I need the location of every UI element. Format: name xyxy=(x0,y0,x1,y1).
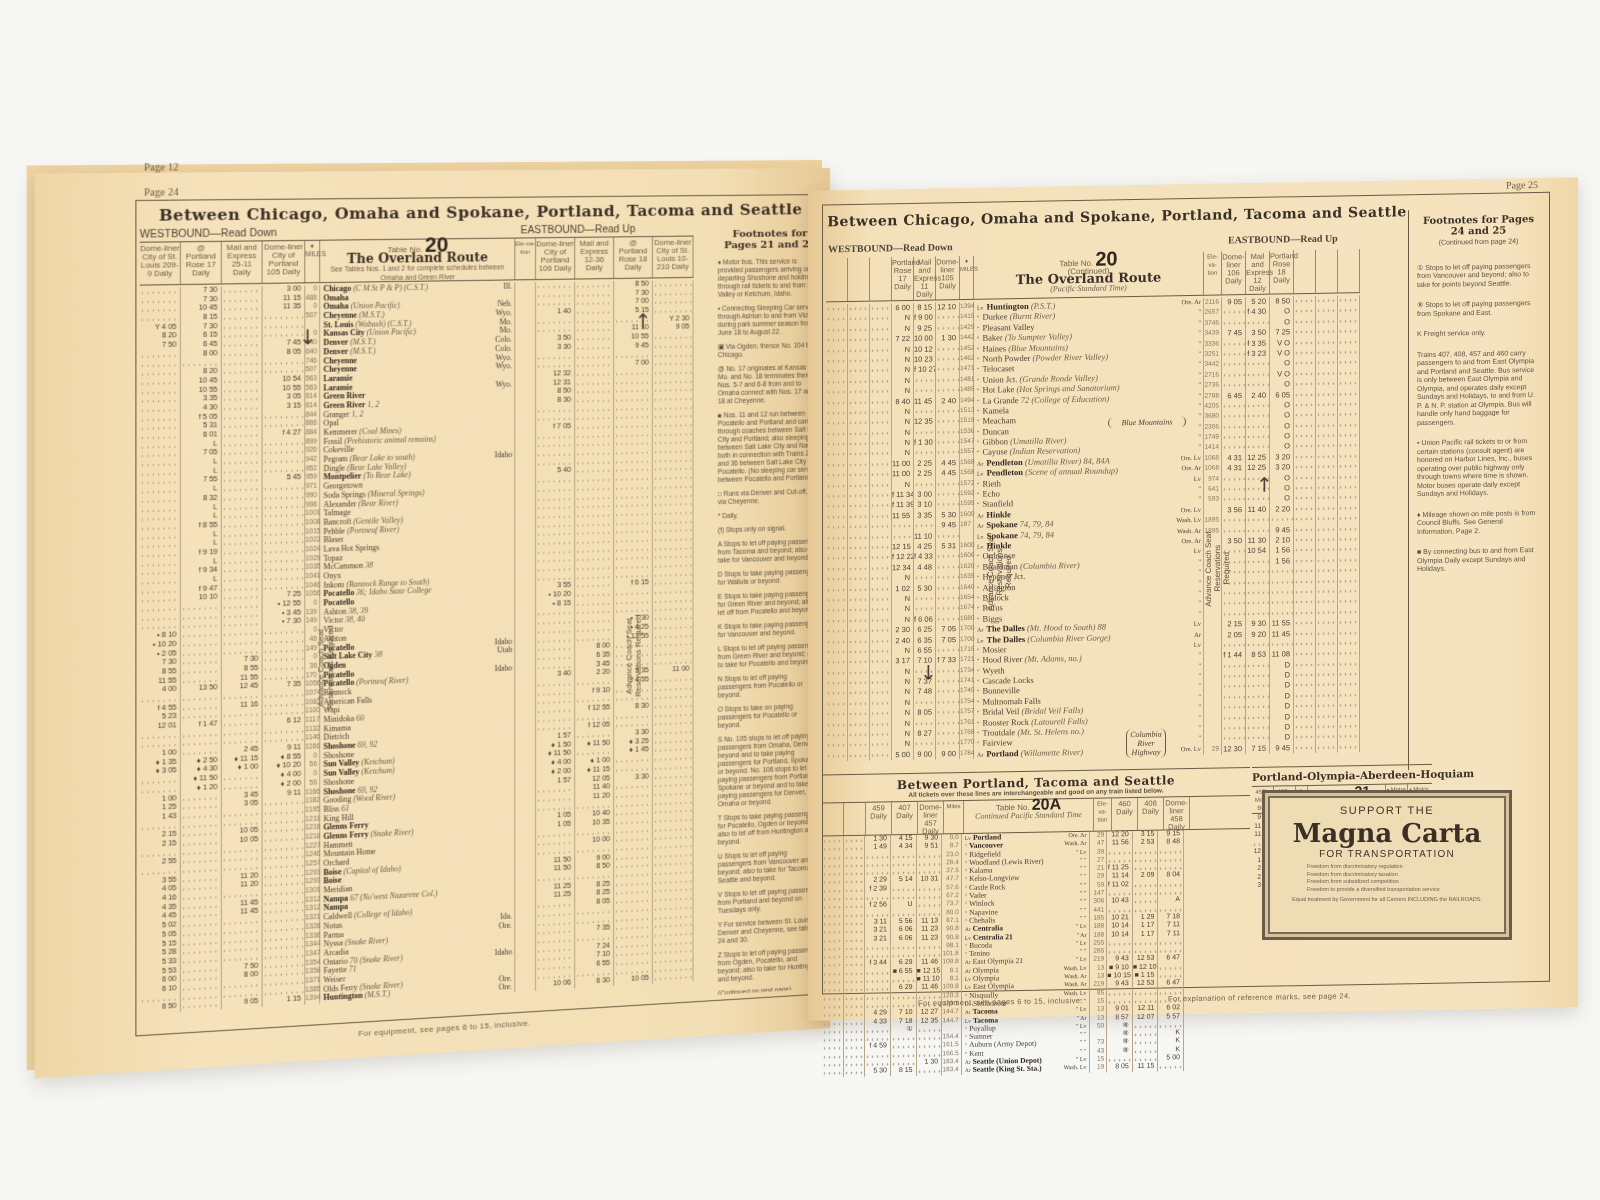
footnote: A Stops to let off paying passengers fro… xyxy=(718,538,822,565)
arr-dep: " xyxy=(1084,858,1086,864)
col-header: Dome-liner City of Portland 105 Daily xyxy=(263,241,306,283)
empty-cell xyxy=(1294,400,1316,411)
elevation-header: Ele-va-tion xyxy=(1094,798,1112,830)
arr-dep: " xyxy=(1198,309,1201,316)
station-note: (Union Pacific) xyxy=(351,301,400,311)
mileage-cell: 1513 xyxy=(960,406,974,417)
arr-dep: " xyxy=(977,327,979,333)
arr-dep: " xyxy=(977,503,979,509)
station-name: Kent xyxy=(969,1048,984,1057)
station-name: Hammett xyxy=(323,839,353,850)
arr-dep: Lv xyxy=(1080,924,1087,930)
arr-dep: Lv xyxy=(977,534,984,540)
arr-dep: Ar xyxy=(1080,841,1086,847)
empty-cell xyxy=(848,387,870,398)
station-name: Bucoda xyxy=(969,940,992,949)
empty-cell xyxy=(1338,690,1360,701)
empty-cell xyxy=(826,387,848,398)
page-label-25: Page 25 xyxy=(1506,180,1538,192)
left-footnotes: Footnotes for Pages 21 and 25 ♦ Motor bu… xyxy=(718,228,822,995)
empty-cell xyxy=(826,491,848,502)
mileage-cell: 0 xyxy=(305,303,320,312)
time-cell xyxy=(936,499,960,510)
station-name: Shoshone xyxy=(323,776,354,787)
station-note: 1, 2 xyxy=(367,400,379,410)
elevation-cell: 3680 xyxy=(1204,412,1222,423)
mileage-cell: 899 xyxy=(305,438,320,447)
empty-cell xyxy=(1316,295,1338,306)
time-cell: N xyxy=(892,718,914,729)
time-cell xyxy=(914,739,936,750)
empty-cell xyxy=(1338,461,1360,472)
time-cell: 7 45 xyxy=(1222,328,1246,339)
arr-dep: " xyxy=(977,721,979,727)
station-name: Centralia xyxy=(973,924,1003,934)
time-cell xyxy=(1246,411,1270,422)
arr-dep: " xyxy=(977,555,979,561)
arr-dep: Ar xyxy=(1080,1015,1086,1021)
empty-cell xyxy=(1316,534,1338,545)
arr-dep: " xyxy=(977,669,979,675)
mileage-cell: 1519 xyxy=(960,416,974,427)
time-cell xyxy=(1246,702,1270,713)
station-name: Olympia xyxy=(973,965,999,974)
empty-cell xyxy=(1294,358,1316,369)
arr-dep: " xyxy=(977,493,979,499)
elevation-cell: 147 xyxy=(1090,890,1108,899)
state-label: Wyo. xyxy=(496,362,515,371)
time-cell xyxy=(936,687,960,698)
mileage-cell: 1452 xyxy=(960,343,974,354)
station-name: Union Jct. xyxy=(982,374,1017,385)
station-name: Tenino xyxy=(969,949,990,958)
state-arr-dep: " " xyxy=(1080,898,1088,906)
mileage-cell: 1015 xyxy=(305,528,320,537)
time-cell xyxy=(1222,474,1246,485)
empty-cell xyxy=(870,345,892,356)
elevation-cell: 39 xyxy=(1090,848,1108,857)
empty-cell xyxy=(1338,472,1360,483)
empty-cell xyxy=(1316,638,1338,649)
state-label: Colo. xyxy=(495,345,514,354)
empty-cell xyxy=(870,677,892,688)
station-name: Pendleton xyxy=(987,467,1023,478)
station-name: Durkee xyxy=(982,312,1007,322)
state-arr-dep: " xyxy=(1198,443,1203,453)
empty-cell xyxy=(848,657,870,668)
empty-cell xyxy=(848,501,870,512)
station-name: Hood River xyxy=(982,654,1022,665)
empty-cell xyxy=(1316,399,1338,410)
empty-cell xyxy=(826,616,848,627)
time-cell: D xyxy=(1270,691,1294,702)
down-arrow-icon: ↓ xyxy=(299,325,317,350)
state-label: Ore. xyxy=(1068,833,1080,839)
state-label: Wyo. xyxy=(496,309,515,318)
arr-dep: Ar xyxy=(965,927,971,933)
empty-cell xyxy=(848,356,870,367)
time-cell xyxy=(1222,661,1246,672)
table-time: (Pacific Standard Time) xyxy=(1050,283,1127,293)
time-cell: D xyxy=(1270,733,1294,744)
station-name: Troutdale xyxy=(982,727,1015,738)
empty-cell xyxy=(844,1068,866,1077)
empty-cell xyxy=(826,314,848,325)
empty-cell xyxy=(1338,586,1360,597)
time-cell: 2 15 xyxy=(1222,619,1246,630)
empty-cell xyxy=(1338,731,1360,742)
time-cell: O xyxy=(1270,421,1294,432)
empty-cell xyxy=(870,646,892,657)
station-name: Cheyenne xyxy=(323,355,357,365)
empty-col xyxy=(1316,249,1338,292)
arr-dep: " xyxy=(965,844,967,850)
time-cell xyxy=(1222,359,1246,370)
arr-dep: Lv xyxy=(1194,517,1201,524)
elevation-cell xyxy=(515,388,536,397)
empty-cell xyxy=(870,418,892,429)
station-note: (M.S.T.) xyxy=(350,346,376,356)
empty-cell xyxy=(1316,545,1338,556)
state-arr-dep: Ore. Lv xyxy=(1181,454,1203,464)
time-cell: 4 45 xyxy=(936,468,960,479)
footnote: (f) Stops only on signal. xyxy=(718,524,822,535)
time-cell: N xyxy=(892,739,914,750)
time-cell: O xyxy=(1270,411,1294,422)
arr-dep: " xyxy=(1084,949,1086,955)
time-cell: 12 15 xyxy=(892,542,914,553)
mileage-cell: 1557 xyxy=(960,447,974,458)
time-cell: 6 05 xyxy=(1270,390,1294,401)
time-cell xyxy=(1270,577,1294,588)
time-cell xyxy=(1246,525,1270,536)
mileage-cell: 507 xyxy=(305,312,320,321)
state-arr-dep: " xyxy=(1198,599,1203,609)
state-arr-dep: " Lv xyxy=(1076,848,1089,857)
empty-cell xyxy=(1316,503,1338,514)
empty-cell xyxy=(870,605,892,616)
empty-cell xyxy=(1316,462,1338,473)
empty-cell xyxy=(848,532,870,543)
time-cell: D xyxy=(1270,660,1294,671)
arr-dep: " xyxy=(977,347,979,353)
blue-mountains-note: Blue Mountains xyxy=(1108,416,1186,428)
left-west-header: Dome-liner City of St. Louis 209-9 Daily… xyxy=(140,236,694,286)
time-cell: f 11 34 xyxy=(892,490,914,501)
elevation-cell xyxy=(1204,724,1222,735)
mileage-cell: 1784 xyxy=(960,749,974,760)
col-header: Mail and Express 12 Daily xyxy=(1246,251,1270,294)
state-arr-dep: " xyxy=(1198,651,1203,661)
state-label: Wash. xyxy=(1064,982,1080,988)
elevation-cell xyxy=(515,318,536,327)
time-cell xyxy=(1222,349,1246,360)
empty-cell xyxy=(1316,379,1338,390)
empty-cell xyxy=(1338,503,1360,514)
mileage-cell xyxy=(960,530,974,541)
mileage-cell: 1494 xyxy=(960,395,974,406)
arr-dep: " xyxy=(965,877,967,883)
time-cell: N xyxy=(892,667,914,678)
state-arr-dep: " xyxy=(1198,661,1203,671)
station-note: (Union Pacific) xyxy=(367,327,416,337)
time-cell xyxy=(936,614,960,625)
mileage-cell: 1568 xyxy=(960,468,974,479)
arr-dep: " xyxy=(1198,340,1201,347)
station-name: Alexander xyxy=(323,499,356,509)
time-cell: f 11 39 xyxy=(892,500,914,511)
empty-cell xyxy=(870,688,892,699)
empty-cell xyxy=(1294,691,1316,702)
arr-dep: " xyxy=(1084,891,1086,897)
empty-cell xyxy=(1294,504,1316,515)
elevation-cell xyxy=(1204,734,1222,745)
empty-cell xyxy=(848,553,870,564)
mileage-cell: 1595 xyxy=(960,499,974,510)
empty-cell xyxy=(1294,680,1316,691)
left-footer: For equipment, see pages 6 to 15, inclus… xyxy=(358,1018,530,1038)
time-cell: N xyxy=(892,344,914,355)
miles-header: ♦ MILES xyxy=(305,241,320,283)
empty-cell xyxy=(826,709,848,720)
station-note: 74, 79, 84 xyxy=(1020,529,1054,540)
state-arr-dep: Lv xyxy=(1194,641,1203,651)
time-cell xyxy=(892,521,914,532)
time-cell: 5 30 xyxy=(865,1068,891,1077)
footnote: Y For service between St. Louis, Denver … xyxy=(718,916,822,946)
arr-dep: " xyxy=(965,853,967,859)
empty-cell xyxy=(1294,327,1316,338)
empty-cell xyxy=(1294,296,1316,307)
state-arr-dep: " xyxy=(1198,610,1203,620)
time-cell: f 3 23 xyxy=(1246,349,1270,360)
state-arr-dep: " xyxy=(1198,568,1203,578)
state-label: Wash. xyxy=(1064,974,1080,980)
time-cell: 2 40 xyxy=(892,635,914,646)
state-arr-dep: " xyxy=(1198,578,1203,588)
empty-col xyxy=(822,803,844,835)
empty-cell xyxy=(848,314,870,325)
time-cell xyxy=(936,479,960,490)
arr-dep: " xyxy=(1084,1049,1086,1055)
empty-cell xyxy=(870,615,892,626)
state-arr-dep: " " xyxy=(1080,857,1088,865)
empty-cell xyxy=(826,512,848,523)
empty-cell xyxy=(870,501,892,512)
state-arr-dep: Ore. Ar xyxy=(1182,464,1204,474)
time-cell: 3 17 xyxy=(892,656,914,667)
col-header: Dome-liner City of Portland 106 Daily xyxy=(536,238,575,279)
empty-cell xyxy=(826,626,848,637)
empty-cell xyxy=(1338,555,1360,566)
empty-cell xyxy=(826,439,848,450)
arr-dep: " xyxy=(965,919,967,925)
mileage-cell: 563 xyxy=(305,375,320,384)
empty-cell xyxy=(1338,409,1360,420)
advance-reservation-note-west: Advance Coach Seat Reservations Required xyxy=(986,532,1013,612)
elevation-cell: 59 xyxy=(1090,881,1108,890)
empty-cell xyxy=(870,449,892,460)
mileage-cell: 1620 xyxy=(960,562,974,573)
empty-cell xyxy=(870,719,892,730)
station-name: Dietrich xyxy=(323,732,349,742)
empty-cell xyxy=(1294,524,1316,535)
empty-cell xyxy=(1316,514,1338,525)
empty-col xyxy=(1338,249,1360,292)
time-cell: N xyxy=(892,386,914,397)
station-note: (Columbia River) xyxy=(1020,560,1080,571)
station-name: Echo xyxy=(982,488,999,498)
state-label: Ore. xyxy=(1182,538,1195,545)
elevation-cell: 974 xyxy=(1204,474,1222,485)
footnote: U Stops to let off paying passengers fro… xyxy=(718,848,822,886)
time-cell: D xyxy=(1270,701,1294,712)
footnote: □ Runs via Denver and Cut-off, not via C… xyxy=(718,488,822,507)
station-name: Nampa xyxy=(323,902,348,913)
station-name: McCammon xyxy=(323,561,363,572)
footnote: Trains 407, 408, 457 and 460 carry passe… xyxy=(1417,349,1540,428)
elevation-cell xyxy=(1204,692,1222,703)
state-arr-dep: " xyxy=(1198,724,1203,734)
mileage-cell: 1415 xyxy=(960,312,974,323)
time-cell: O xyxy=(1270,400,1294,411)
time-cell xyxy=(914,479,936,490)
arr-dep: " xyxy=(1198,590,1201,597)
arr-dep: Lv xyxy=(1194,507,1201,514)
empty-cell xyxy=(826,533,848,544)
ad-line-1: SUPPORT THE xyxy=(1265,805,1509,817)
elevation-cell xyxy=(515,282,536,291)
station-name: St. Louis xyxy=(323,320,353,330)
time-cell: f 6 06 xyxy=(914,614,936,625)
empty-cell xyxy=(826,543,848,554)
empty-cell xyxy=(848,595,870,606)
empty-cell xyxy=(870,594,892,605)
empty-cell xyxy=(848,740,870,751)
state-arr-dep: " xyxy=(1198,391,1203,401)
empty-cell xyxy=(1338,659,1360,670)
station-name: Notus xyxy=(323,920,342,930)
ad-bullet: Freedom from discriminatory taxation xyxy=(1307,872,1509,880)
time-cell xyxy=(936,676,960,687)
state-arr-dep: " Lv xyxy=(1076,923,1089,932)
arr-dep: Lv xyxy=(1080,1024,1087,1030)
time-cell: 11 00 xyxy=(892,459,914,470)
station-name: Cheyenne xyxy=(323,311,357,321)
arr-dep: " xyxy=(977,586,979,592)
arr-dep: " xyxy=(977,430,979,436)
empty-cell xyxy=(826,678,848,689)
station-name: East Olympia xyxy=(973,981,1014,991)
empty-cell xyxy=(1316,389,1338,400)
state-arr-dep: Wash. Ar xyxy=(1177,526,1203,536)
arr-dep: Ar xyxy=(977,462,983,468)
station-name: Multnomah Falls xyxy=(982,696,1040,707)
state-arr-dep: " " xyxy=(1080,882,1088,890)
time-cell xyxy=(1222,713,1246,724)
station-name: Green River xyxy=(323,391,365,401)
empty-cell xyxy=(1316,368,1338,379)
elevation-cell: 73 xyxy=(1090,1039,1108,1048)
col-header: Portland Rose 18 Daily xyxy=(1270,250,1294,293)
elevation-cell: 2306 xyxy=(1204,422,1222,433)
arr-dep: " xyxy=(1198,559,1201,566)
empty-cell xyxy=(1294,369,1316,380)
arr-dep: Lv xyxy=(1080,1007,1087,1013)
elevation-cell xyxy=(515,371,536,380)
empty-cell xyxy=(1338,576,1360,587)
arr-dep: " xyxy=(977,337,979,343)
time-cell xyxy=(1246,515,1270,526)
time-cell xyxy=(1158,1062,1184,1071)
empty-cell xyxy=(822,1068,844,1077)
time-cell xyxy=(1222,723,1246,734)
state-label: Ore. xyxy=(1181,746,1194,753)
state-arr-dep: Wash. Lv xyxy=(1176,516,1203,526)
arr-dep: " xyxy=(977,701,979,707)
station-name: Winlock xyxy=(969,899,995,908)
elevation-cell: 47 xyxy=(1090,840,1108,849)
state-arr-dep: Ore. Ar xyxy=(1182,298,1204,308)
arr-dep: " xyxy=(965,1035,967,1041)
elevation-cell: 2736 xyxy=(1204,381,1222,392)
mileage-cell: 1715 xyxy=(960,645,974,656)
time-cell xyxy=(1246,432,1270,443)
col-header: Dome-liner City of St. Louis 209-9 Daily xyxy=(140,242,181,284)
time-cell: 6 00 xyxy=(892,303,914,314)
empty-cell xyxy=(1316,524,1338,535)
elevation-cell: 3746 xyxy=(1204,318,1222,329)
arr-dep: " xyxy=(1084,866,1086,872)
arr-dep: Ar xyxy=(1080,932,1086,938)
empty-cell xyxy=(870,324,892,335)
elevation-cell: 441 xyxy=(1090,906,1108,915)
station-note: 60 xyxy=(356,713,364,723)
footnote: T Stops to take paying passengers for Po… xyxy=(718,810,822,847)
empty-cell xyxy=(848,408,870,419)
empty-cell xyxy=(848,335,870,346)
empty-cell xyxy=(1316,306,1338,317)
empty-cell xyxy=(1316,659,1338,670)
time-cell: 7 15 xyxy=(1246,743,1270,754)
station-note: (Mt. St. Helens no.) xyxy=(1017,726,1084,737)
station-note: (To Bear Lake) xyxy=(363,470,411,481)
time-cell: 11 00 xyxy=(892,469,914,480)
station-note: 38 xyxy=(374,650,382,660)
empty-cell xyxy=(826,460,848,471)
state-arr-dep: " xyxy=(1198,381,1203,391)
station-name: Huntington xyxy=(987,301,1029,312)
arr-dep: " xyxy=(1198,330,1201,337)
col-header: Dome-liner City of St. Louis 10-210 Dail… xyxy=(653,237,694,278)
time-cell: O xyxy=(1270,307,1294,318)
arr-dep: Lv xyxy=(977,472,984,478)
empty-cell xyxy=(1338,544,1360,555)
mileage-cell: 814 xyxy=(305,393,320,402)
time-cell: 4 48 xyxy=(914,562,936,573)
station-name: Rooster Rock xyxy=(982,716,1029,727)
mileage-cell: 1600 xyxy=(960,541,974,552)
empty-cell xyxy=(1338,680,1360,691)
arr-dep: Ar xyxy=(965,1010,971,1016)
table-note: See Tables Nos. 1 and 2 for complete sch… xyxy=(330,264,504,282)
empty-cell xyxy=(1316,742,1338,753)
ad-bullets: Freedom from discriminatory regulation F… xyxy=(1265,864,1509,894)
arr-dep: " xyxy=(1084,899,1086,905)
elevation-cell xyxy=(1204,620,1222,631)
empty-cell xyxy=(1338,628,1360,639)
arr-dep: " xyxy=(1198,444,1201,451)
